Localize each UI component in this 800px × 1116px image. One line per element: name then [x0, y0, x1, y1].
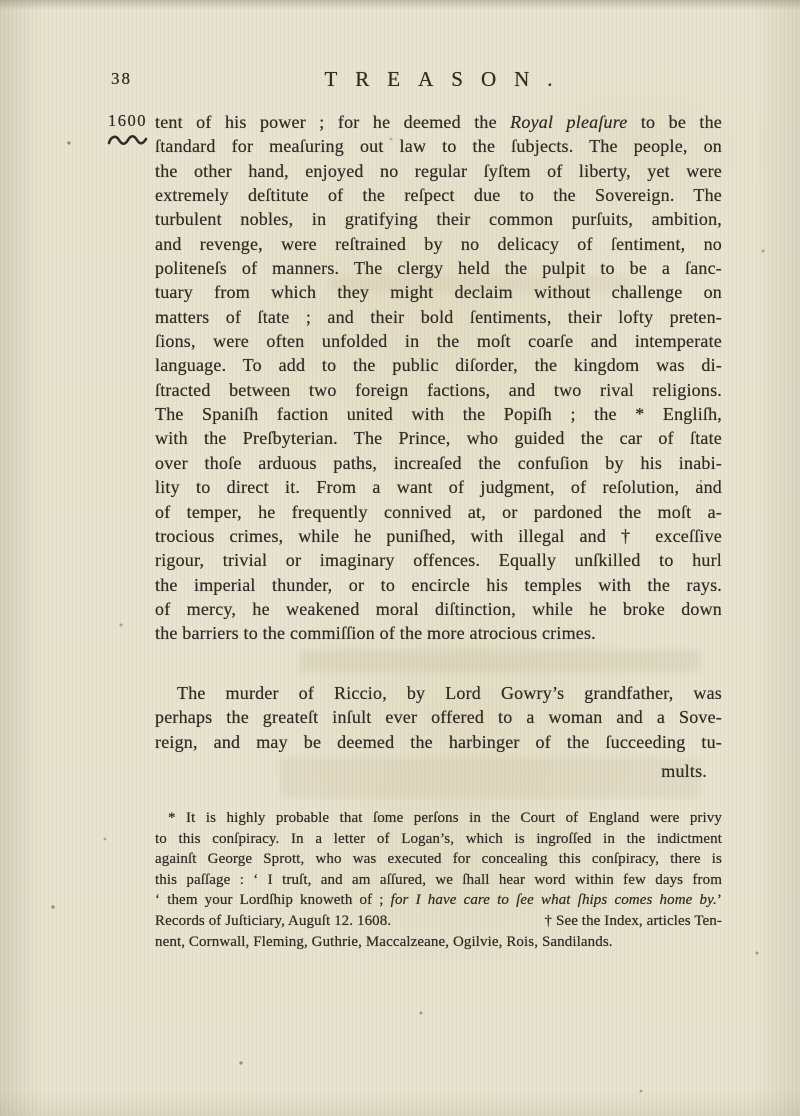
footnote-line: Records of Juſticiary, Auguſt 12. 1608.†…	[155, 911, 722, 932]
wavy-ditto-mark-icon	[106, 132, 150, 148]
footnote-line: nent, Cornwall, Fleming, Guthrie, Maccal…	[155, 932, 722, 953]
text-line: The murder of Riccio, by Lord Gowry’s gr…	[155, 681, 722, 705]
footnote-line: this paſſage : ‘ I truſt, and am aſſured…	[155, 870, 722, 891]
page-number: 38	[111, 69, 132, 89]
text-segment: ‘ them your Lordſhip knoweth of ;	[155, 892, 391, 908]
paragraph-1: tent of his power ; for he deemed the Ro…	[155, 110, 722, 646]
text-segment: tent of his power ; for he deemed the	[155, 112, 510, 132]
footnote-block: * It is highly probable that ſome perſon…	[155, 808, 722, 952]
italic-quotation: for I have care to ſee what ſhips comes …	[391, 892, 717, 908]
running-title: TREASON.	[155, 67, 722, 92]
text-line: ſions, were often unfolded in the moſt c…	[155, 329, 722, 353]
text-line: ſtracted between two foreign factions, a…	[155, 378, 722, 402]
footnote-cross-reference: † See the Index, articles Ten-	[545, 911, 722, 932]
text-line: the other hand, enjoyed no regular ſyſte…	[155, 159, 722, 183]
text-line: ſtandard for meaſuring out law to the ſu…	[155, 134, 722, 158]
text-line: extremely deſtitute of the reſpect due t…	[155, 183, 722, 207]
text-line: language. To add to the public diſorder,…	[155, 353, 722, 377]
text-line: politeneſs of manners. The clergy held t…	[155, 256, 722, 280]
text-line: and revenge, were reſtrained by no delic…	[155, 232, 722, 256]
footnote-line: ‘ them your Lordſhip knoweth of ; for I …	[155, 890, 722, 911]
text-segment: ’	[717, 892, 722, 908]
text-line: with the Preſbyterian. The Prince, who g…	[155, 426, 722, 450]
paragraph-2: The murder of Riccio, by Lord Gowry’s gr…	[155, 681, 722, 783]
text-line: of temper, he frequently connived at, or…	[155, 500, 722, 524]
text-line-hanging-word: mults.	[155, 759, 722, 783]
text-line: tent of his power ; for he deemed the Ro…	[155, 110, 722, 134]
text-line: matters of ſtate ; and their bold ſentim…	[155, 305, 722, 329]
text-segment: to be the	[627, 112, 722, 132]
text-line: reign, and may be deemed the harbinger o…	[155, 730, 722, 754]
footnote-line: to this conſpiracy. In a letter of Logan…	[155, 829, 722, 850]
text-line: of mercy, he weakened moral diſtinction,…	[155, 597, 722, 621]
footnote-line: * It is highly probable that ſome perſon…	[155, 808, 722, 829]
book-page: 38 TREASON. 1600 tent of his power ; for…	[0, 0, 800, 1116]
text-line: the barriers to the commiſſion of the mo…	[155, 621, 722, 645]
margin-year-note: 1600	[108, 111, 154, 148]
text-line: trocious crimes, while he puniſhed, with…	[155, 524, 722, 548]
text-line: over thoſe arduous paths, increaſed the …	[155, 451, 722, 475]
page-header: 38 TREASON.	[0, 67, 800, 93]
paper-specks	[0, 0, 2, 2]
text-line: lity to direct it. From a want of judgme…	[155, 475, 722, 499]
text-line: the imperial thunder, or to encircle his…	[155, 573, 722, 597]
text-line: rigour, trivial or imaginary offences. E…	[155, 548, 722, 572]
footnote-citation: Records of Juſticiary, Auguſt 12. 1608.	[155, 911, 391, 932]
italic-phrase: Royal pleaſure	[510, 112, 627, 132]
ink-showthrough	[300, 650, 700, 672]
text-line: turbulent nobles, in gratifying their co…	[155, 207, 722, 231]
footnote-line: againſt George Sprott, who was executed …	[155, 849, 722, 870]
text-line: The Spaniſh faction united with the Popi…	[155, 402, 722, 426]
margin-year: 1600	[108, 111, 154, 131]
text-line: perhaps the greateſt inſult ever offered…	[155, 705, 722, 729]
text-line: tuary from which they might declaim with…	[155, 280, 722, 304]
